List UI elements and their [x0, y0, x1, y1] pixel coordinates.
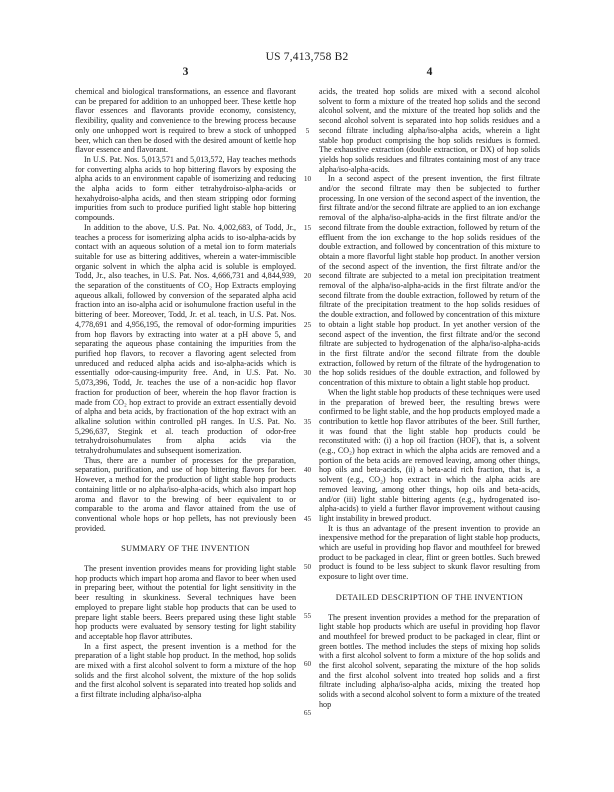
line-number: 50 [296, 562, 319, 572]
text-body: chemical and biological transformations,… [75, 87, 540, 710]
paragraph: chemical and biological transformations,… [75, 87, 296, 155]
line-number: 30 [296, 368, 319, 378]
left-column: chemical and biological transformations,… [75, 87, 296, 710]
paragraph: In U.S. Pat. Nos. 5,013,571 and 5,013,57… [75, 155, 296, 223]
line-number: 35 [296, 417, 319, 427]
paragraph: acids, the treated hop solids are mixed … [319, 87, 540, 174]
line-number: 55 [296, 611, 319, 621]
column-number-left: 3 [75, 66, 296, 78]
paragraph: In a first aspect, the present invention… [75, 642, 296, 700]
column-number-right: 4 [319, 66, 540, 78]
paragraph: In addition to the above, U.S. Pat. No. … [75, 223, 296, 456]
line-number: 20 [296, 271, 319, 281]
patent-page: US 7,413,758 B2 3 4 chemical and biologi… [0, 0, 614, 792]
paragraph: In a second aspect of the present invent… [319, 174, 540, 387]
line-number: 60 [296, 659, 319, 669]
line-number-gutter: 5101520253035404550556065 [296, 87, 319, 710]
paragraph: It is thus an advantage of the present i… [319, 524, 540, 582]
line-number: 40 [296, 465, 319, 475]
paragraph: When the light stable hop products of th… [319, 388, 540, 524]
line-number: 45 [296, 514, 319, 524]
line-number: 5 [296, 126, 319, 136]
line-number: 25 [296, 320, 319, 330]
patent-number-header: US 7,413,758 B2 [0, 51, 614, 63]
paragraph: Thus, there are a number of processes fo… [75, 456, 296, 534]
line-number: 10 [296, 174, 319, 184]
section-heading: SUMMARY OF THE INVENTION [75, 544, 296, 554]
paragraph: The present invention provides a method … [319, 613, 540, 710]
paragraph: The present invention provides means for… [75, 564, 296, 642]
section-heading: DETAILED DESCRIPTION OF THE INVENTION [319, 593, 540, 603]
line-number: 65 [296, 708, 319, 718]
right-column: acids, the treated hop solids are mixed … [319, 87, 540, 710]
line-number: 15 [296, 223, 319, 233]
